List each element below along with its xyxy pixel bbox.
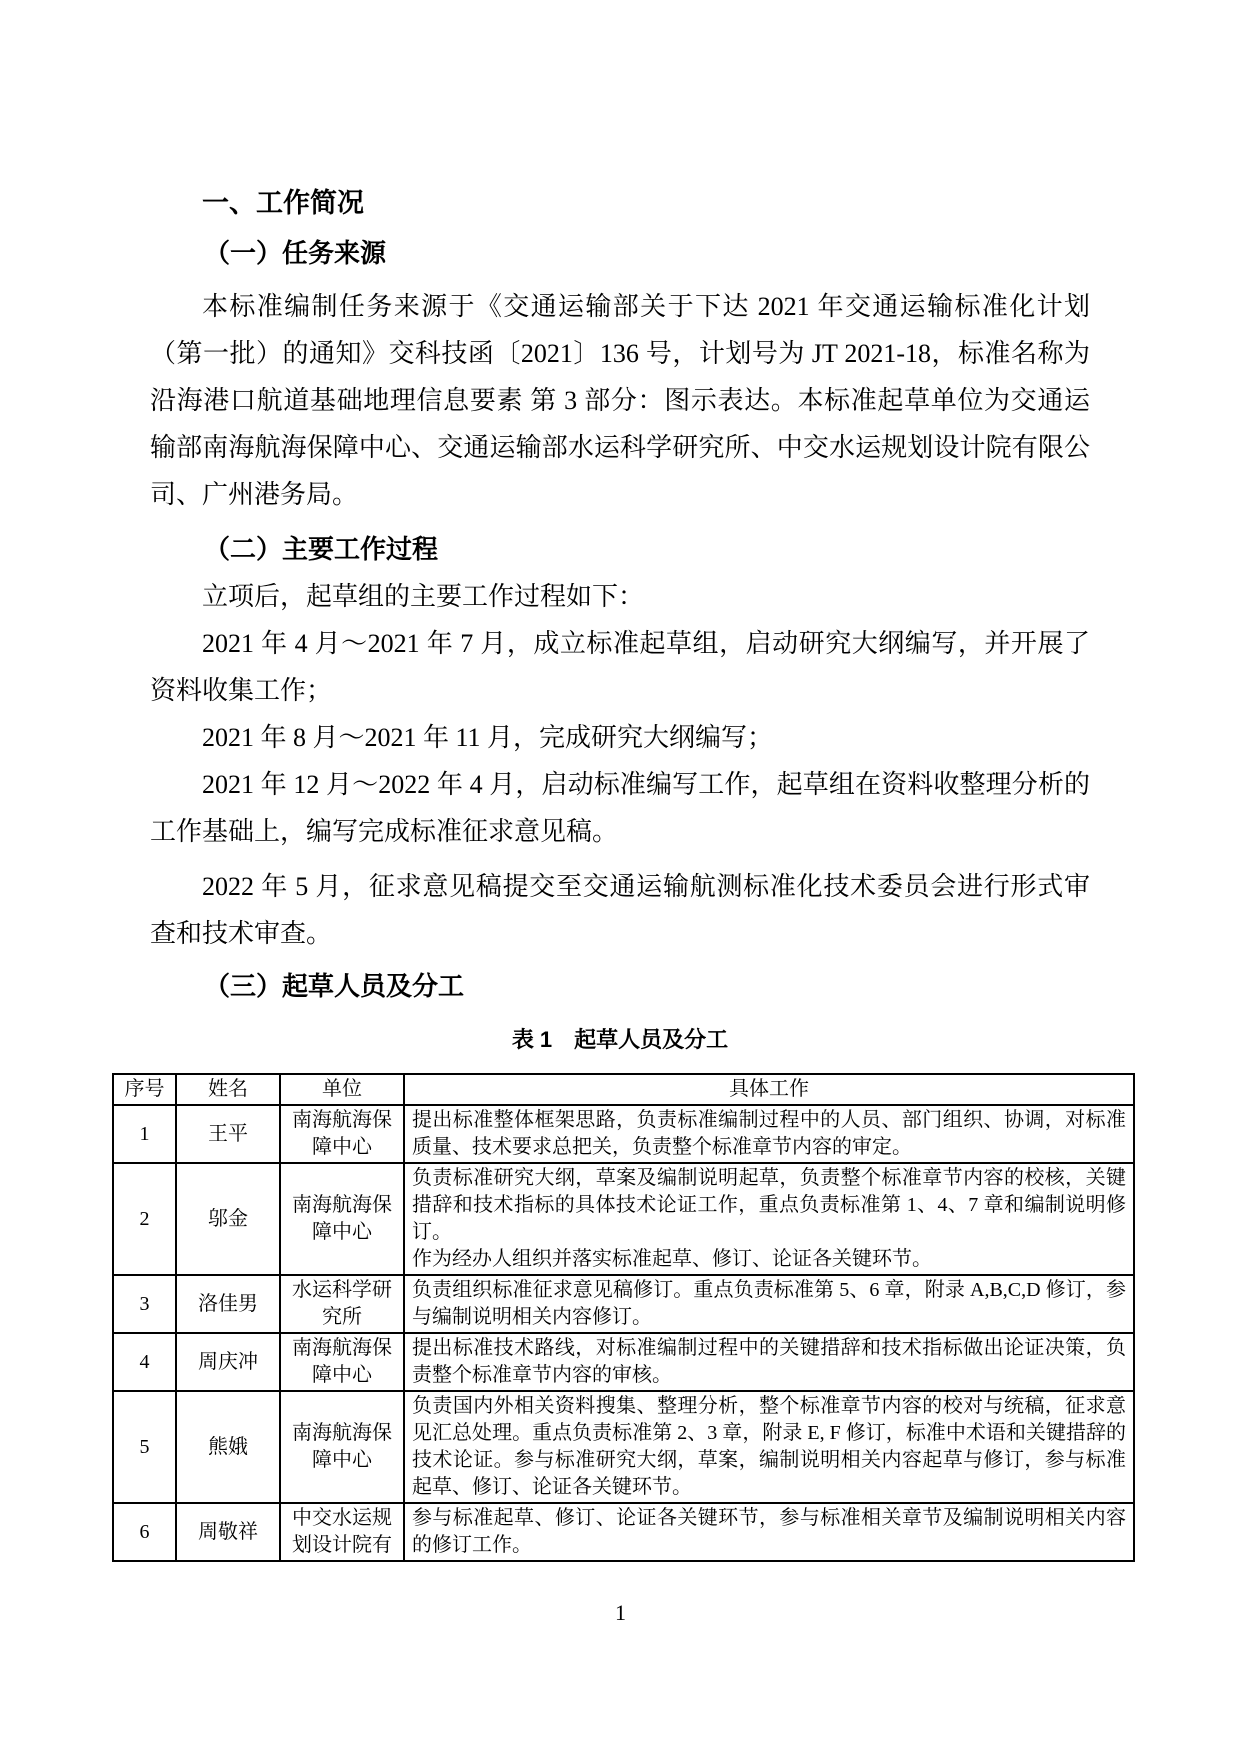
cell-work: 参与标准起草、修订、论证各关键环节，参与标准相关章节及编制说明相关内容的修订工作…: [404, 1503, 1134, 1561]
table-row: 5 熊娥 南海航海保障中心 负责国内外相关资料搜集、整理分析，整个标准章节内容的…: [113, 1391, 1134, 1503]
paragraph-task-source: 本标准编制任务来源于《交通运输部关于下达 2021 年交通运输标准化计划（第一批…: [150, 283, 1090, 518]
table-header-row: 序号 姓名 单位 具体工作: [113, 1074, 1134, 1105]
subsection-heading-staff: （三）起草人员及分工: [150, 963, 1090, 1010]
cell-work: 负责组织标准征求意见稿修订。重点负责标准第 5、6 章，附录 A,B,C,D 修…: [404, 1275, 1134, 1333]
column-header-no: 序号: [113, 1074, 176, 1105]
cell-work: 提出标准整体框架思路，负责标准编制过程中的人员、部门组织、协调，对标准质量、技术…: [404, 1105, 1134, 1163]
paragraph-process-4: 2022 年 5 月，征求意见稿提交至交通运输航测标准化技术委员会进行形式审查和…: [150, 863, 1090, 957]
cell-name: 邬金: [176, 1163, 280, 1275]
table-caption: 表 1 起草人员及分工: [150, 1020, 1090, 1060]
paragraph-process-1: 2021 年 4 月～2021 年 7 月，成立标准起草组，启动研究大纲编写，并…: [150, 620, 1090, 714]
cell-name: 熊娥: [176, 1391, 280, 1503]
cell-unit: 中交水运规划设计院有: [280, 1503, 404, 1561]
cell-no: 5: [113, 1391, 176, 1503]
table-row: 1 王平 南海航海保障中心 提出标准整体框架思路，负责标准编制过程中的人员、部门…: [113, 1105, 1134, 1163]
staff-table: 序号 姓名 单位 具体工作 1 王平 南海航海保障中心 提出标准整体框架思路，负…: [112, 1073, 1135, 1562]
column-header-work: 具体工作: [404, 1074, 1134, 1105]
cell-work: 负责国内外相关资料搜集、整理分析，整个标准章节内容的校对与统稿，征求意见汇总处理…: [404, 1391, 1134, 1503]
paragraph-process-intro: 立项后，起草组的主要工作过程如下：: [150, 573, 1090, 620]
cell-no: 4: [113, 1333, 176, 1391]
cell-work: 负责标准研究大纲，草案及编制说明起草，负责整个标准章节内容的校核，关键措辞和技术…: [404, 1163, 1134, 1275]
cell-unit: 水运科学研究所: [280, 1275, 404, 1333]
table-row: 2 邬金 南海航海保障中心 负责标准研究大纲，草案及编制说明起草，负责整个标准章…: [113, 1163, 1134, 1275]
subsection-heading-main-process: （二）主要工作过程: [150, 526, 1090, 573]
document-content: 一、工作简况 （一）任务来源 本标准编制任务来源于《交通运输部关于下达 2021…: [0, 0, 1241, 1562]
column-header-unit: 单位: [280, 1074, 404, 1105]
table-row: 4 周庆冲 南海航海保障中心 提出标准技术路线，对标准编制过程中的关键措辞和技术…: [113, 1333, 1134, 1391]
subsection-heading-task-source: （一）任务来源: [150, 230, 1090, 277]
cell-unit: 南海航海保障中心: [280, 1163, 404, 1275]
document-page: 一、工作简况 （一）任务来源 本标准编制任务来源于《交通运输部关于下达 2021…: [0, 0, 1241, 1754]
cell-unit: 南海航海保障中心: [280, 1333, 404, 1391]
table-row: 6 周敬祥 中交水运规划设计院有 参与标准起草、修订、论证各关键环节，参与标准相…: [113, 1503, 1134, 1561]
cell-no: 2: [113, 1163, 176, 1275]
cell-name: 王平: [176, 1105, 280, 1163]
cell-name: 周庆冲: [176, 1333, 280, 1391]
paragraph-process-3: 2021 年 12 月～2022 年 4 月，启动标准编写工作，起草组在资料收整…: [150, 761, 1090, 855]
section-heading-work-overview: 一、工作简况: [150, 180, 1090, 227]
cell-unit: 南海航海保障中心: [280, 1391, 404, 1503]
paragraph-process-2: 2021 年 8 月～2021 年 11 月，完成研究大纲编写；: [150, 714, 1090, 761]
cell-no: 6: [113, 1503, 176, 1561]
cell-name: 周敬祥: [176, 1503, 280, 1561]
table-row: 3 洛佳男 水运科学研究所 负责组织标准征求意见稿修订。重点负责标准第 5、6 …: [113, 1275, 1134, 1333]
cell-unit: 南海航海保障中心: [280, 1105, 404, 1163]
cell-work: 提出标准技术路线，对标准编制过程中的关键措辞和技术指标做出论证决策，负责整个标准…: [404, 1333, 1134, 1391]
cell-no: 1: [113, 1105, 176, 1163]
page-number: 1: [0, 1598, 1241, 1628]
column-header-name: 姓名: [176, 1074, 280, 1105]
cell-name: 洛佳男: [176, 1275, 280, 1333]
cell-no: 3: [113, 1275, 176, 1333]
